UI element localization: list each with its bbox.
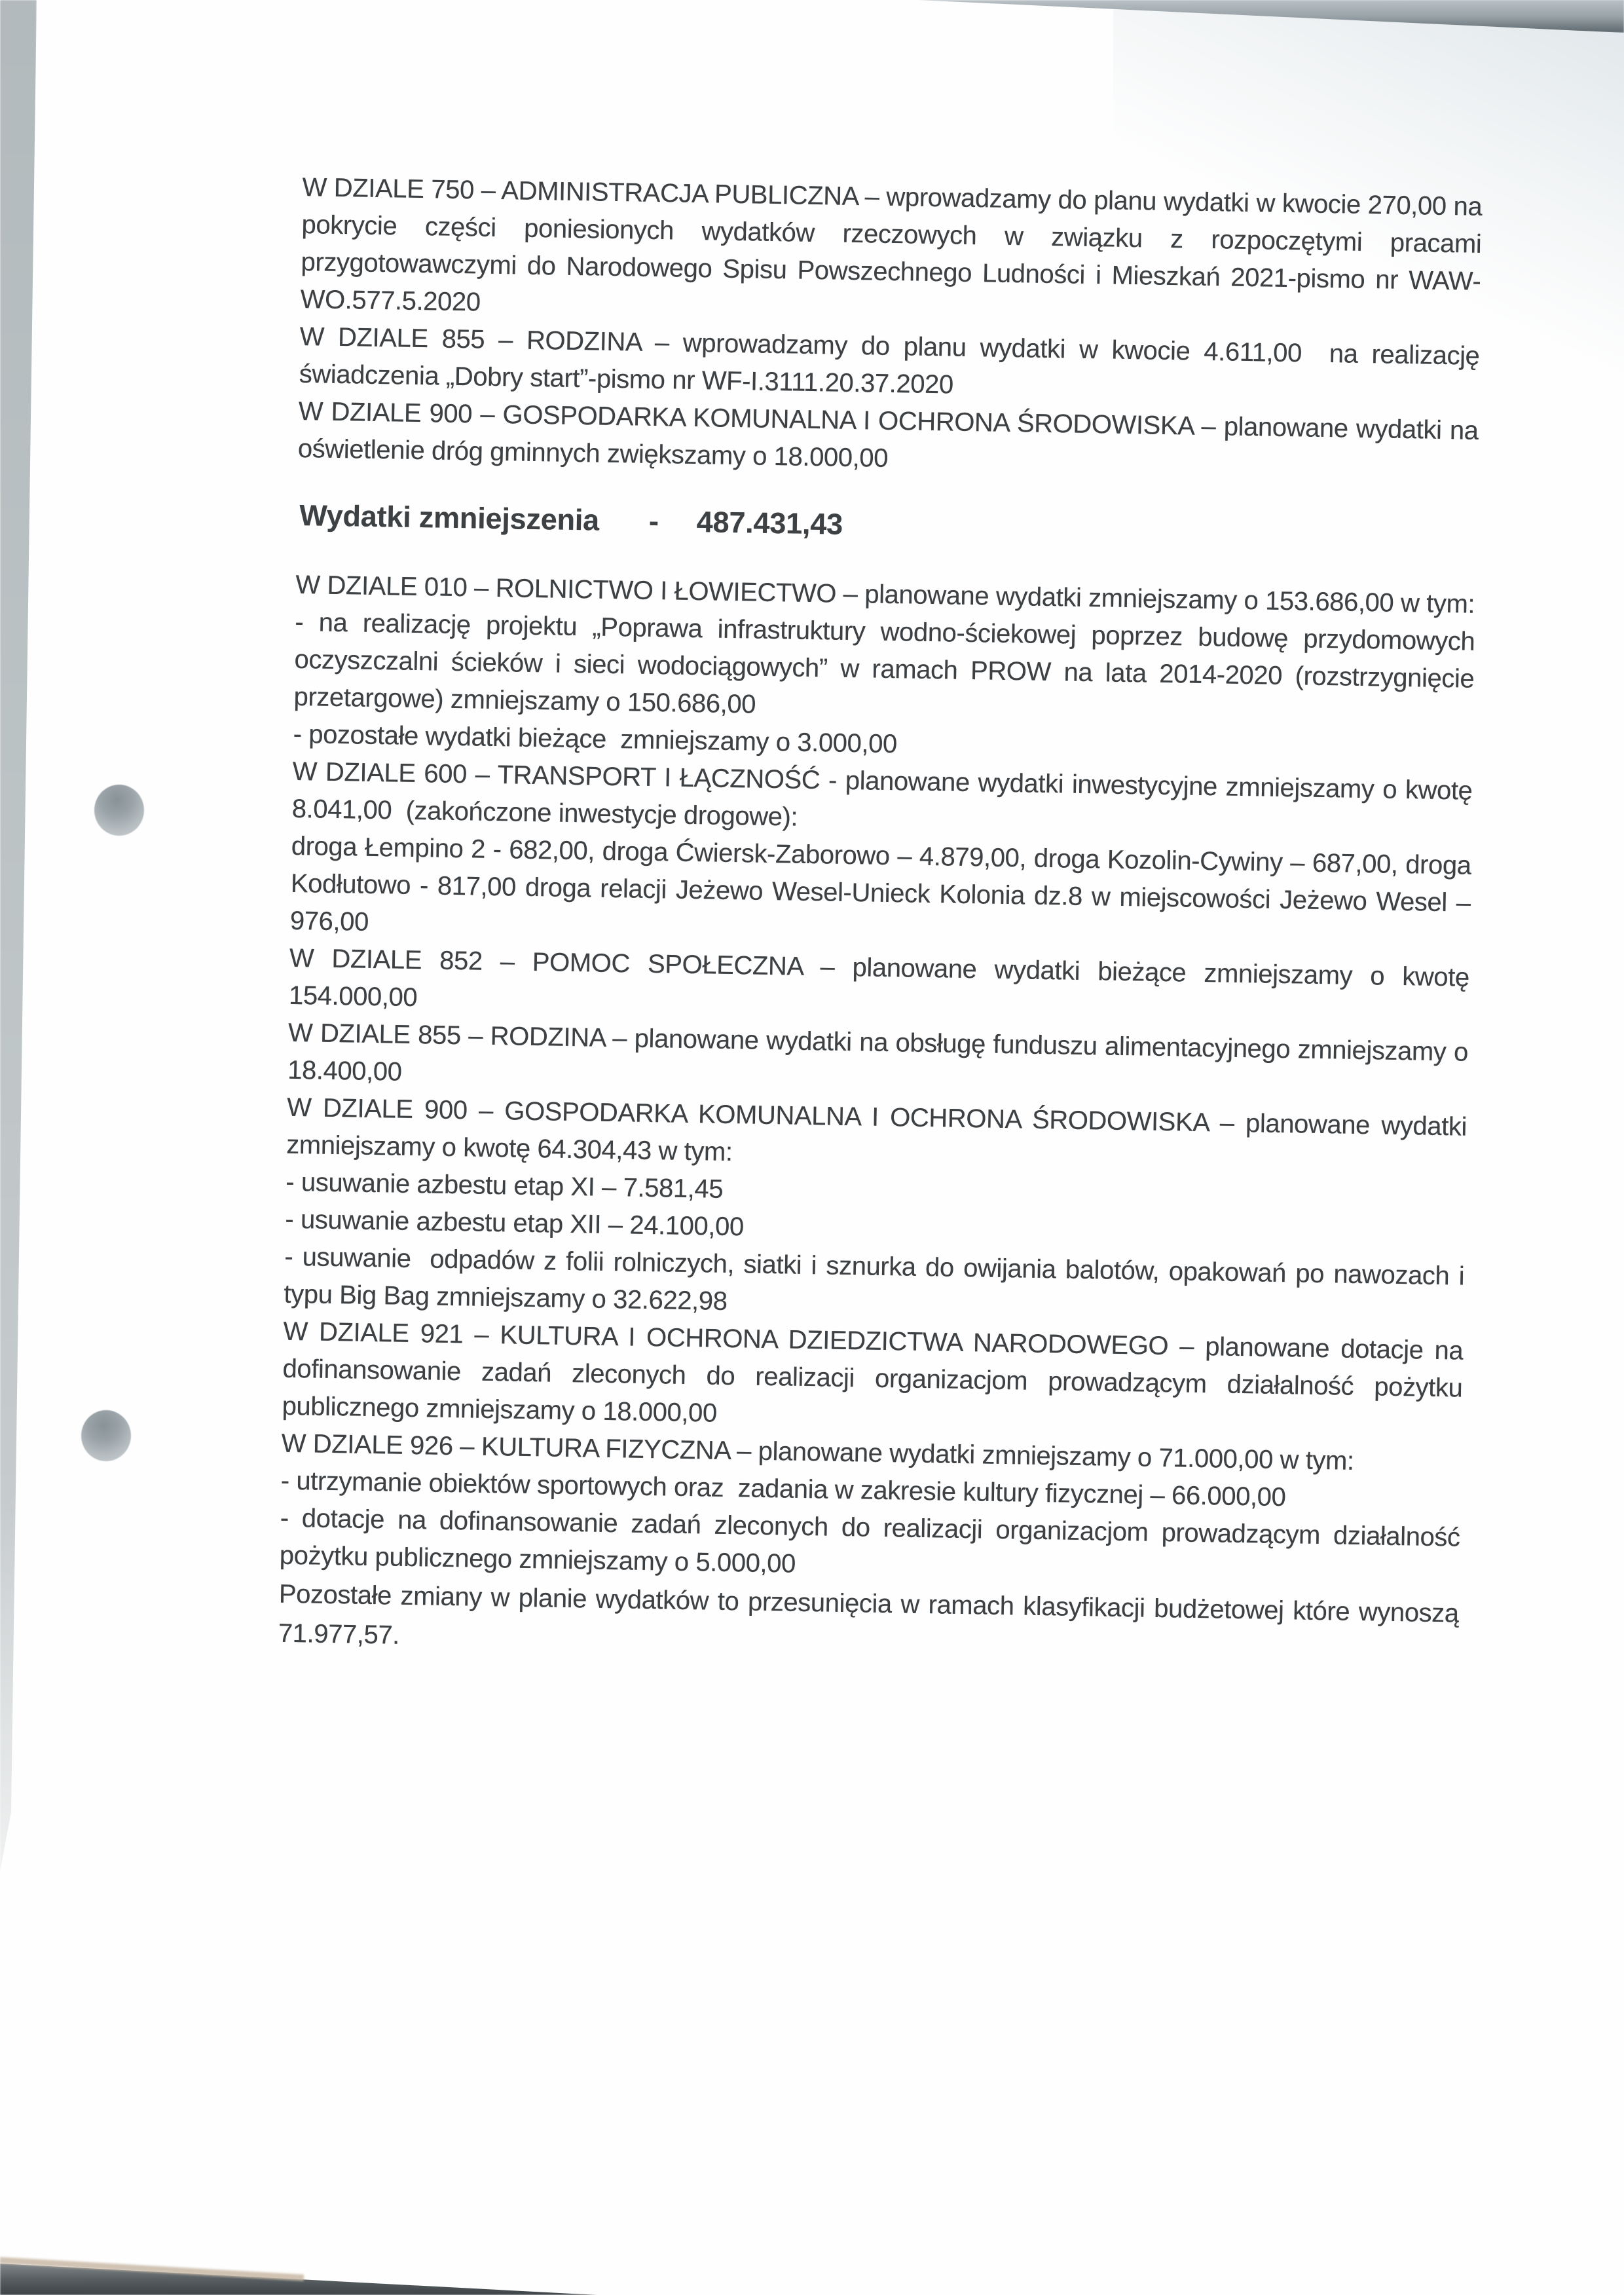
section-heading-wydatki-zmniejszenia: Wydatki zmniejszenia - 487.431,43 [299,496,1477,553]
heading-label: Wydatki zmniejszenia [299,496,600,539]
hole-punch-top [94,785,144,836]
paragraph-dzial-921: W DZIALE 921 – KULTURA I OCHRONA DZIEDZI… [282,1313,1464,1445]
heading-separator: - [649,502,659,540]
list-item-prow-project: - na realizację projektu „Poprawa infras… [293,604,1475,736]
paragraph-drogi-list: droga Łempino 2 - 682,00, droga Ćwiersk-… [289,828,1471,960]
scanned-document-page: W DZIALE 750 – ADMINISTRACJA PUBLICZNA –… [0,0,1624,2295]
paragraph-dzial-750: W DZIALE 750 – ADMINISTRACJA PUBLICZNA –… [300,169,1483,338]
left-scan-edge-shadow [0,0,37,1991]
heading-amount: 487.431,43 [696,503,843,543]
document-text-block: W DZIALE 750 – ADMINISTRACJA PUBLICZNA –… [278,169,1482,1673]
hole-punch-bottom [81,1410,131,1461]
